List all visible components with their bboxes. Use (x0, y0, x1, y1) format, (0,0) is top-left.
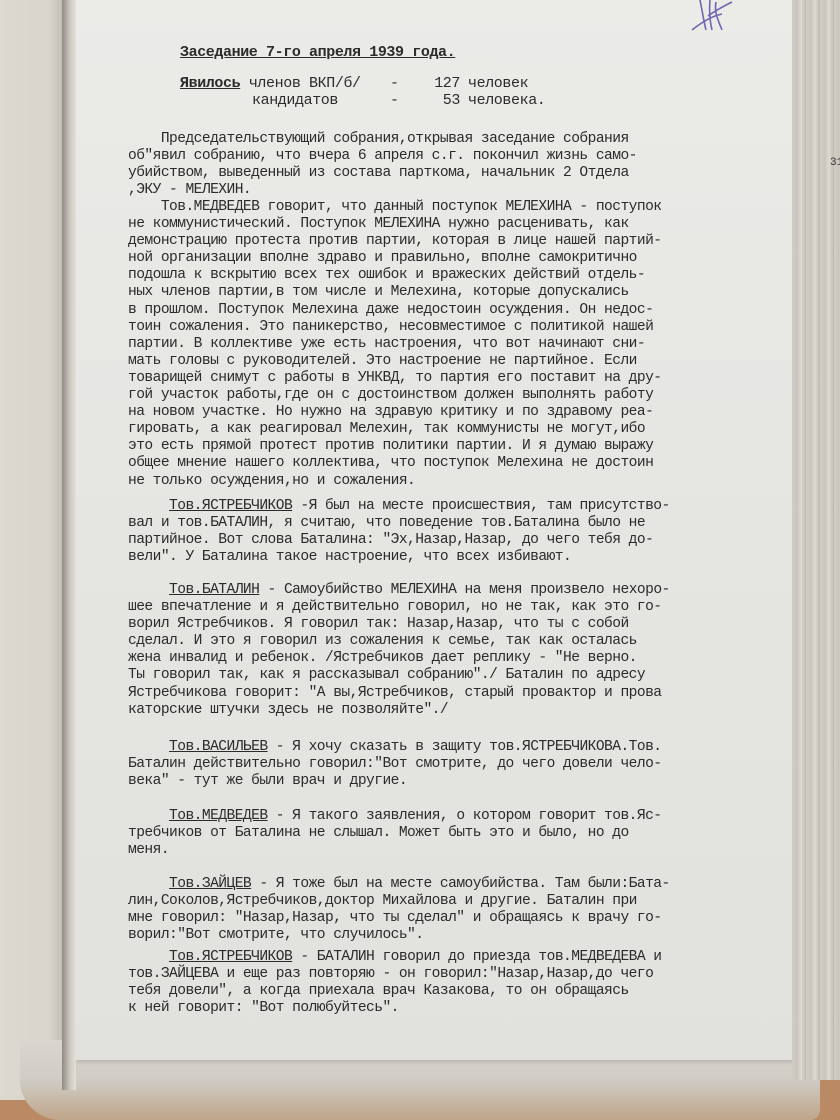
text-line: гировать, а как реагировал Мелехин, так … (128, 421, 790, 438)
text-line: Баталин действительно говорил:"Вот смотр… (128, 756, 790, 773)
text-line: мать головы с руководителей. Это настрое… (128, 353, 790, 370)
left-facing-page (0, 0, 70, 1100)
minutes-paragraph: Тов.МЕДВЕДЕВ говорит, что данный поступо… (128, 199, 790, 490)
attendance-unit: человека. (468, 92, 545, 109)
text-line: на новом участке. Но нужно на здравую кр… (128, 404, 790, 421)
text-line: вели". У Баталина такое настроение, что … (128, 549, 790, 566)
text-line: сделал. И это я говорил из сожаления к с… (128, 633, 790, 650)
text-line: меня. (128, 842, 790, 859)
attendance-category: членов ВКП/б/ (249, 75, 361, 92)
text-line: к ней говорит: "Вот полюбуйтесь". (128, 1000, 790, 1017)
speaker-name: Тов.ЯСТРЕБЧИКОВ (169, 498, 292, 514)
text-line: это есть прямой протест против политики … (128, 438, 790, 455)
text-line: ной организации вполне здраво и правильн… (128, 250, 790, 267)
text-line: ,ЭКУ - МЕЛЕХИН. (128, 182, 790, 199)
text-line: тов.ЗАЙЦЕВА и еще раз повторяю - он гово… (128, 966, 790, 983)
text-line: партии. В коллективе уже есть настроения… (128, 336, 790, 353)
text-line: тоин сожаления. Это паникерство, несовме… (128, 319, 790, 336)
attendance-dash: - (390, 75, 420, 92)
text-line: убийством, выведенный из состава партком… (128, 165, 790, 182)
speaker-statement: Тов.БАТАЛИН - Самоубийство МЕЛЕХИНА на м… (128, 582, 790, 719)
text-line: подошла к вскрытию всех тех ошибок и вра… (128, 267, 790, 284)
text-line: ворил Ястребчиков. Я говорил так: Назар,… (128, 616, 790, 633)
text-line: требчиков от Баталина не слышал. Может б… (128, 825, 790, 842)
text-line: тебя довели", а когда приехала врач Каза… (128, 983, 790, 1000)
text-line: ворил:"Вот смотрите, что случилось". (128, 927, 790, 944)
text-line: товарищей снимут с работы в УНКВД, то па… (128, 370, 790, 387)
text-line: Председательствующий собрания,открывая з… (128, 131, 790, 148)
text-line: гой участок работы,где он с достоинством… (128, 387, 790, 404)
text-line: мне говорил: "Назар,Назар, что ты сделал… (128, 910, 790, 927)
text-line: каторские штучки здесь не позволяйте"./ (128, 702, 790, 719)
speaker-name: Тов.ВАСИЛЬЕВ (169, 739, 268, 755)
text-line: Тов.БАТАЛИН - Самоубийство МЕЛЕХИНА на м… (128, 582, 790, 599)
text-line: не только осуждения,но и сожаления. (128, 473, 790, 490)
text-line: жена инвалид и ребенок. /Ястребчиков дае… (128, 650, 790, 667)
text-line: шее впечатление и я действительно говори… (128, 599, 790, 616)
text-line: Тов.ЯСТРЕБЧИКОВ -Я был на месте происшес… (128, 498, 790, 515)
book-gutter (62, 0, 76, 1090)
attendance-block: Явилось членов ВКП/б/ - 127 человек канд… (180, 75, 545, 109)
text-line: демонстрацию протеста против партии, кот… (128, 233, 790, 250)
attendance-unit: человек (468, 75, 528, 92)
speaker-name: Тов.БАТАЛИН (169, 582, 259, 598)
margin-page-number: 31 (830, 157, 840, 169)
text-line: Тов.ЗАЙЦЕВ - Я тоже был на месте самоуби… (128, 876, 790, 893)
text-line: ных членов партии,в том числе и Мелехина… (128, 284, 790, 301)
speaker-statement: Тов.ВАСИЛЬЕВ - Я хочу сказать в защиту т… (128, 739, 790, 790)
text-line: Тов.МЕДВЕДЕВ - Я такого заявления, о кот… (128, 808, 790, 825)
speaker-name: Тов.ЗАЙЦЕВ (169, 876, 251, 892)
attendance-label: Явилось (180, 75, 240, 92)
attendance-row: Явилось членов ВКП/б/ - 127 человек (180, 75, 545, 92)
text-line: Ты говорил так, как я рассказывал собран… (128, 667, 790, 684)
text-line: Ястребчикова говорит: "А вы,Ястребчиков,… (128, 685, 790, 702)
text-line: общее мнение нашего коллектива, что пост… (128, 455, 790, 472)
attendance-count: 53 (420, 92, 468, 109)
speaker-name: Тов.МЕДВЕДЕВ (169, 808, 268, 824)
text-line: века" - тут же были врач и другие. (128, 773, 790, 790)
attendance-row: кандидатов - 53 человека. (180, 92, 545, 109)
speaker-name: Тов.ЯСТРЕБЧИКОВ (169, 949, 292, 965)
text-line: партийное. Вот слова Баталина: "Эх,Назар… (128, 532, 790, 549)
speaker-statement: Тов.ЯСТРЕБЧИКОВ - БАТАЛИН говорил до при… (128, 949, 790, 1017)
text-line: Тов.ВАСИЛЬЕВ - Я хочу сказать в защиту т… (128, 739, 790, 756)
text-line: в прошлом. Поступок Мелехина даже недост… (128, 302, 790, 319)
text-line: Тов.МЕДВЕДЕВ говорит, что данный поступо… (128, 199, 790, 216)
attendance-count: 127 (420, 75, 468, 92)
attendance-category: кандидатов (180, 92, 390, 109)
speaker-statement: Тов.ЯСТРЕБЧИКОВ -Я был на месте происшес… (128, 498, 790, 566)
attendance-dash: - (390, 92, 420, 109)
text-line: Тов.ЯСТРЕБЧИКОВ - БАТАЛИН говорил до при… (128, 949, 790, 966)
text-line: лин,Соколов,Ястребчиков,доктор Михайлова… (128, 893, 790, 910)
text-line: об"явил собранию, что вчера 6 апреля с.г… (128, 148, 790, 165)
signature-mark-icon (680, 0, 740, 35)
text-line: вал и тов.БАТАЛИН, я считаю, что поведен… (128, 515, 790, 532)
meeting-title: Заседание 7-го апреля 1939 года. (180, 44, 455, 61)
minutes-paragraph: Председательствующий собрания,открывая з… (128, 131, 790, 199)
speaker-statement: Тов.МЕДВЕДЕВ - Я такого заявления, о кот… (128, 808, 790, 859)
text-line: не коммунистический. Поступок МЕЛЕХИНА н… (128, 216, 790, 233)
speaker-statement: Тов.ЗАЙЦЕВ - Я тоже был на месте самоуби… (128, 876, 790, 944)
